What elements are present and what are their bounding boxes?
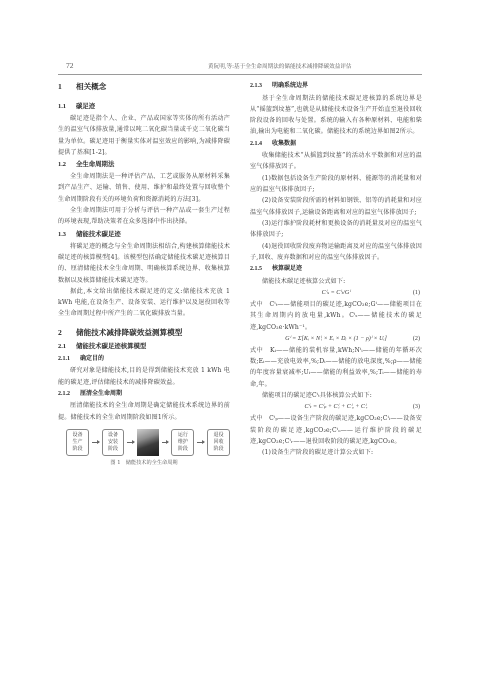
section-2-1-5-heading: 2.1.5核算碳足迹 <box>250 263 422 276</box>
paragraph: 全生命周期法是一种评估产品、工艺或服务从原材料采集到产品生产、运输、销售、使用、… <box>58 171 230 205</box>
figure-1-caption: 图 1 储能技术的全生命周期 <box>58 459 230 466</box>
section-number: 1.1 <box>58 101 76 113</box>
paragraph: 研究对象是储能技术,目的是得到储能技术充放 1 kWh 电能的碳足迹,评估储能技… <box>58 365 230 388</box>
arrow-icon <box>197 442 204 443</box>
section-title: 核算碳足迹 <box>272 265 302 272</box>
arrow-icon <box>162 442 169 443</box>
section-title: 储能技术碳足迹核算模型 <box>76 342 146 350</box>
section-number: 2.1.3 <box>250 81 272 93</box>
section-title: 全生命周期法 <box>76 160 114 168</box>
section-2-heading: 2储能技术减排降碳效益测算模型 <box>58 326 230 340</box>
equation-2: Gⁱ = Σ[Kᵢ × Nⁱᵢ × Eᵢ × Dᵢ × (1 − ρ)ⁱ × U… <box>250 333 422 345</box>
section-title: 储能技术减排降碳效益测算模型 <box>76 328 182 337</box>
section-number: 2.1 <box>58 341 76 353</box>
equation-3: Cⁱₜ = Cⁱₚ + Cⁱᵢ + Cⁱₒ + Cⁱᵣ(3) <box>250 401 422 413</box>
section-2-1-1-heading: 2.1.1确定目的 <box>58 353 230 366</box>
page-number: 72 <box>66 61 74 70</box>
stage-box-installation: 设备安装阶段 <box>102 429 125 456</box>
equation-number: (3) <box>413 401 420 413</box>
section-2-1-3-heading: 2.1.3明确系统边界 <box>250 80 422 93</box>
figure-1-lifecycle-diagram: 设备生产阶段 设备安装阶段 运行维护阶段 退役回收阶段 <box>66 429 230 456</box>
equation-3-description: 式中 Cⁱₚ——设备生产阶段的碳足迹,kgCO₂e;Cⁱᵢ——设备安装阶段的碳足… <box>250 413 422 447</box>
paragraph: 将碳足迹的概念与全生命周期法相结合,构建核算储能技术碳足迹的核算模型[4]。该模… <box>58 241 230 286</box>
list-item: (4)退役回收阶段废弃物运输距离及对应的温室气体排放因子,回收、废弃数据和对应的… <box>250 241 422 264</box>
section-title: 储能技术碳足迹 <box>76 230 121 238</box>
stage-box-operation: 运行维护阶段 <box>171 429 194 456</box>
section-title: 明确系统边界 <box>272 82 308 89</box>
equation-body: Cⁱₛ = Cⁱₜ/Gⁱ <box>322 290 351 296</box>
section-1-3-heading: 1.3储能技术碳足迹 <box>58 228 230 241</box>
equation-body: Gⁱ = Σ[Kᵢ × Nⁱᵢ × Eᵢ × Dᵢ × (1 − ρ)ⁱ × U… <box>285 336 387 342</box>
section-title: 厘清全生命周期 <box>80 390 122 397</box>
running-title: 黄阮明,等:基于全生命周期法的储能技术减排降碳效益评估 <box>208 62 352 70</box>
section-number: 2.1.4 <box>250 139 272 151</box>
paragraph: 基于全生命周期法的储能技术碳足迹核算的系统边界是从“摇篮到坟墓”,也就是从储能技… <box>250 93 422 138</box>
paragraph: 全生命周期法可用于分析与评估一种产品或一套生产过程的环境表现,帮助决策者在众多选… <box>58 205 230 228</box>
paragraph: 储能项目的碳足迹Cⁱₜ具体核算公式如下: <box>250 390 422 401</box>
arrow-icon <box>127 442 134 443</box>
section-title: 收集数据 <box>272 140 296 147</box>
equation-1: Cⁱₛ = Cⁱₜ/Gⁱ(1) <box>250 287 422 299</box>
list-item: (3)运行维护阶段耗材和更换设备的消耗量及对应的温室气体排放因子; <box>250 218 422 241</box>
stage-box-recycling: 退役回收阶段 <box>207 429 230 456</box>
section-1-heading: 1相关概念 <box>58 80 230 94</box>
section-2-1-4-heading: 2.1.4收集数据 <box>250 138 422 151</box>
section-number: 2 <box>58 326 76 340</box>
section-2-1-heading: 2.1储能技术碳足迹核算模型 <box>58 340 230 353</box>
paragraph: (1)设备生产阶段的碳足迹计算公式如下: <box>250 447 422 458</box>
paragraph: 储能技术碳足迹核算公式如下: <box>250 276 422 287</box>
equation-number: (2) <box>413 333 420 345</box>
list-item: (2)设备安装阶段所需的材料如钢铁、铝等的消耗量和对应温室气体排放因子,运输设备… <box>250 195 422 218</box>
section-1-1-heading: 1.1碳足迹 <box>58 100 230 113</box>
stage-box-production: 设备生产阶段 <box>66 429 89 456</box>
section-number: 2.1.2 <box>58 389 80 401</box>
paragraph: 收集储能技术“从摇篮到坟墓”的活动水平数据和对应的温室气体排放因子。 <box>250 150 422 173</box>
equation-number: (1) <box>413 287 420 299</box>
page-header: 72 黄阮明,等:基于全生命周期法的储能技术减排降碳效益评估 <box>58 60 422 75</box>
section-number: 1.3 <box>58 229 76 241</box>
right-column: 2.1.3明确系统边界 基于全生命周期法的储能技术碳足迹核算的系统边界是从“摇篮… <box>250 80 422 459</box>
paragraph: 碳足迹是指个人、企业、产品或国家等实体的所有活动产生的温室气体排放量,通常以吨二… <box>58 113 230 158</box>
paragraph: 据此,本文给出储能技术碳足迹的定义:储能技术充放 1 kWh 电能,在设备生产、… <box>58 286 230 320</box>
section-2-1-2-heading: 2.1.2厘清全生命周期 <box>58 388 230 401</box>
energy-storage-photo <box>137 429 159 456</box>
equation-body: Cⁱₜ = Cⁱₚ + Cⁱᵢ + Cⁱₒ + Cⁱᵣ <box>304 404 367 410</box>
section-number: 2.1.1 <box>58 354 80 366</box>
paragraph: 厘清储能技术的全生命周期是确定储能技术系统边界的前提。储能技术的全生命周期阶段如… <box>58 400 230 423</box>
section-number: 1.2 <box>58 159 76 171</box>
section-1-2-heading: 1.2全生命周期法 <box>58 158 230 171</box>
equation-1-description: 式中 Cⁱₜ——储能项目的碳足迹,kgCO₂e;Gⁱ——储能项目在其生命周期内的… <box>250 299 422 333</box>
list-item: (1)数据包括设备生产阶段的原材料、能源等的消耗量和对应的温室气体排放因子; <box>250 173 422 196</box>
left-column: 1相关概念 1.1碳足迹 碳足迹是指个人、企业、产品或国家等实体的所有活动产生的… <box>58 80 230 466</box>
equation-2-description: 式中 Kᵢ——储能的装机容量,kWh;Nⁱᵢ——储能的年循环次数;Eᵢ——充放电… <box>250 345 422 390</box>
section-number: 2.1.5 <box>250 264 272 276</box>
section-number: 1 <box>58 80 76 94</box>
arrow-icon <box>92 442 99 443</box>
section-title: 碳足迹 <box>76 102 95 110</box>
section-title: 相关概念 <box>76 82 106 91</box>
section-title: 确定目的 <box>80 355 104 362</box>
